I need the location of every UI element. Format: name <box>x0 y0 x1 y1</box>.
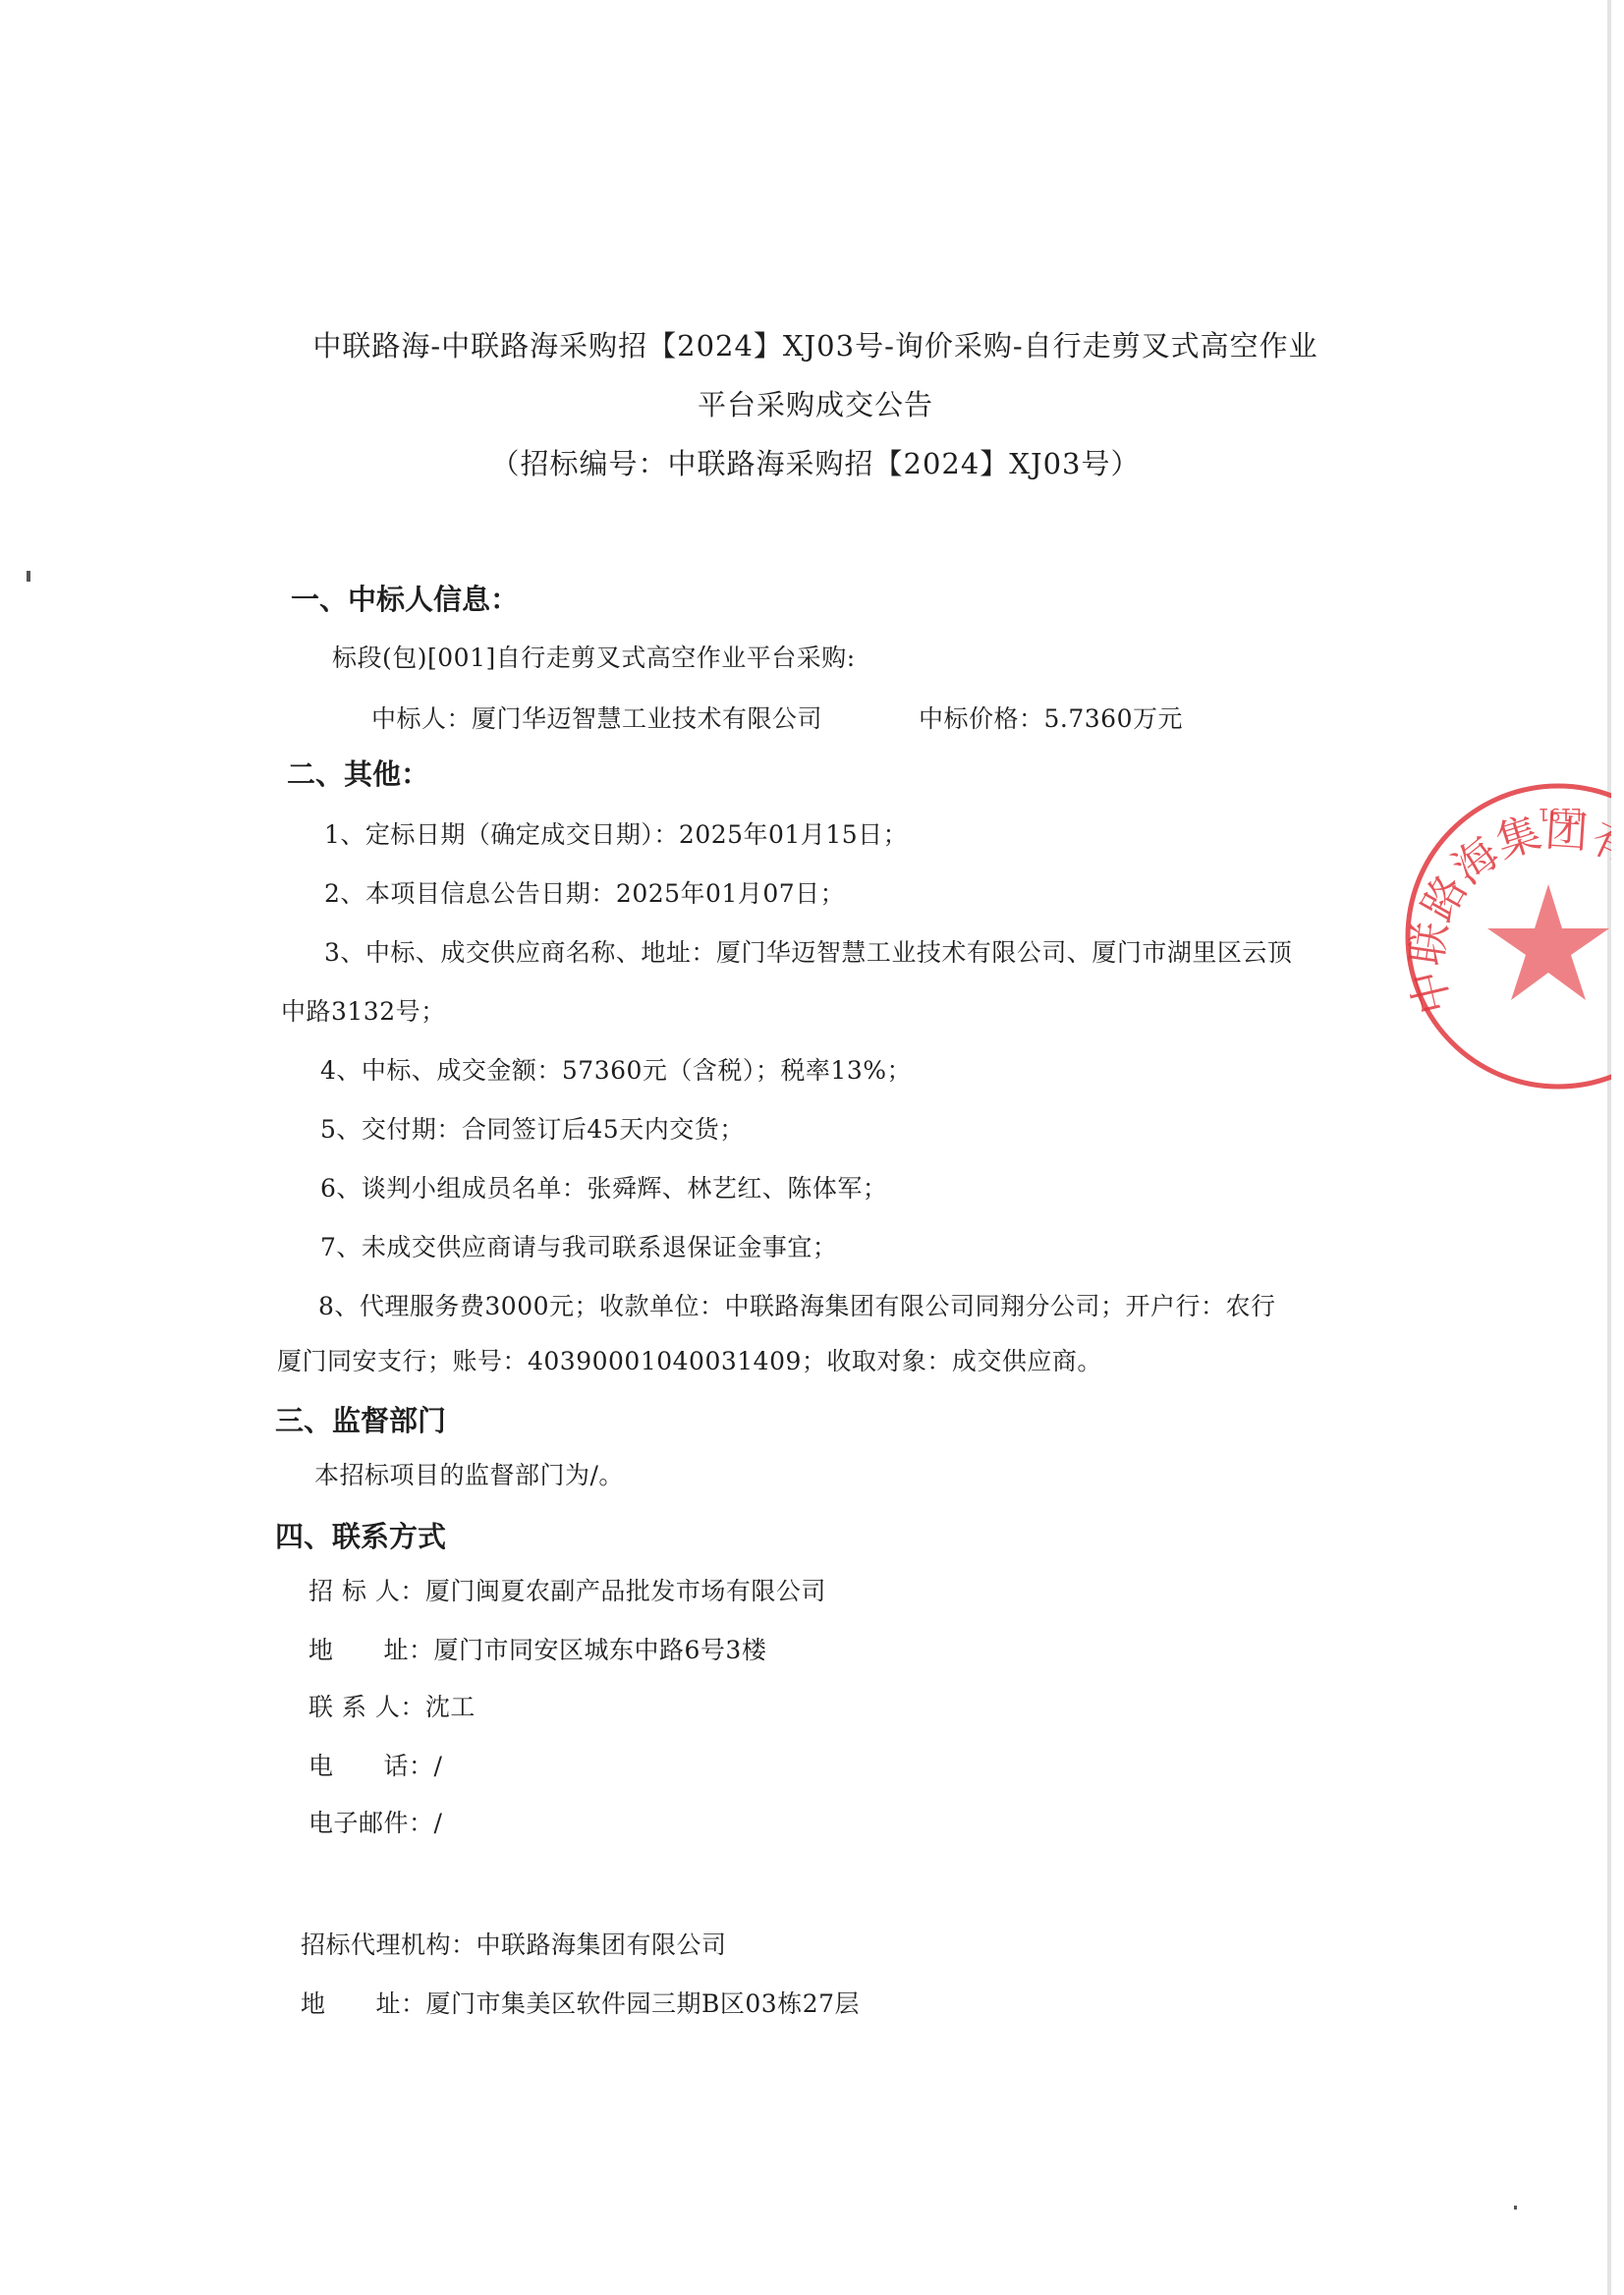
list-item: 6、谈判小组成员名单：张舜辉、林艺红、陈体军； <box>320 1169 887 1204</box>
supervision-text: 本招标项目的监督部门为/。 <box>314 1456 624 1491</box>
list-item: 3、中标、成交供应商名称、地址：厦门华迈智慧工业技术有限公司、厦门市湖里区云顶 <box>324 933 1292 969</box>
scan-speck <box>27 571 30 582</box>
agency-label: 招标代理机构： <box>301 1931 476 1959</box>
agency-row: 地 址：厦门市集美区软件园三期B区03栋27层 <box>301 1985 860 2020</box>
list-item: 4、中标、成交金额：57360元（含税）；税率13%； <box>320 1051 912 1087</box>
list-item: 2、本项目信息公告日期：2025年01月07日； <box>324 874 845 910</box>
company-seal-stamp: 中联路海集团有限公司 L191 <box>1403 781 1624 1092</box>
contact-value: 厦门市同安区城东中路6号3楼 <box>434 1636 767 1664</box>
contact-value: / <box>434 1809 443 1837</box>
seal-number: L191 <box>1539 804 1582 824</box>
title-line-1: 中联路海-中联路海采购招【2024】XJ03号-询价采购-自行走剪叉式高空作业 <box>295 316 1336 375</box>
section3-heading: 三、监督部门 <box>275 1399 446 1439</box>
list-item: 7、未成交供应商请与我司联系退保证金事宜； <box>320 1228 837 1263</box>
price-label: 中标价格： <box>919 704 1044 733</box>
contact-label: 联 系 人： <box>308 1693 425 1721</box>
list-item: 5、交付期：合同签订后45天内交货； <box>320 1110 745 1146</box>
lot-line: 标段(包)[001]自行走剪叉式高空作业平台采购: <box>332 639 856 674</box>
document-title: 中联路海-中联路海采购招【2024】XJ03号-询价采购-自行走剪叉式高空作业 … <box>295 316 1336 493</box>
list-item: 1、定标日期（确定成交日期）：2025年01月15日； <box>324 815 908 851</box>
agency-label: 地 址： <box>301 1989 426 2018</box>
contact-row: 招 标 人：厦门闽夏农副产品批发市场有限公司 <box>308 1572 826 1607</box>
title-line-3: （招标编号：中联路海采购招【2024】XJ03号） <box>295 434 1336 493</box>
price-value: 5.7360万元 <box>1044 704 1183 733</box>
contact-row: 电子邮件：/ <box>308 1804 442 1839</box>
contact-label: 招 标 人： <box>308 1577 425 1605</box>
contact-row: 电 话：/ <box>308 1747 442 1782</box>
price-line: 中标价格：5.7360万元 <box>919 700 1183 735</box>
list-item: 厦门同安支行；账号：40390001040031409；收取对象：成交供应商。 <box>277 1342 1102 1377</box>
contact-label: 电 话： <box>308 1752 434 1780</box>
contact-value: 沈工 <box>425 1693 476 1721</box>
agency-value: 厦门市集美区软件园三期B区03栋27层 <box>426 1989 861 2018</box>
contact-row: 地 址：厦门市同安区城东中路6号3楼 <box>308 1631 766 1666</box>
list-item: 中路3132号； <box>281 992 446 1028</box>
section2-heading: 二、其他： <box>287 753 429 793</box>
scan-speck <box>1514 2206 1517 2210</box>
agency-value: 中联路海集团有限公司 <box>476 1931 727 1959</box>
seal-text: 中联路海集团有限公司 <box>1403 806 1624 1019</box>
contact-value: 厦门闽夏农副产品批发市场有限公司 <box>425 1577 826 1605</box>
seal-icon: 中联路海集团有限公司 L191 <box>1403 781 1624 1092</box>
winner-line: 中标人：厦门华迈智慧工业技术有限公司 <box>371 700 822 735</box>
section1-heading: 一、中标人信息： <box>291 578 519 618</box>
agency-row: 招标代理机构：中联路海集团有限公司 <box>301 1926 727 1961</box>
contact-value: / <box>434 1752 443 1780</box>
winner-label: 中标人： <box>371 704 472 733</box>
star-icon <box>1487 884 1609 1000</box>
contact-label: 地 址： <box>308 1636 434 1664</box>
svg-text:中联路海集团有限公司: 中联路海集团有限公司 <box>1403 806 1624 1019</box>
contact-label: 电子邮件： <box>308 1809 434 1837</box>
title-line-2: 平台采购成交公告 <box>295 375 1336 434</box>
scan-edge-mask <box>1611 0 1624 2295</box>
contact-row: 联 系 人：沈工 <box>308 1688 476 1723</box>
section4-heading: 四、联系方式 <box>275 1515 446 1555</box>
list-item: 8、代理服务费3000元；收款单位：中联路海集团有限公司同翔分公司；开户行：农行 <box>318 1287 1276 1322</box>
winner-value: 厦门华迈智慧工业技术有限公司 <box>472 704 822 733</box>
